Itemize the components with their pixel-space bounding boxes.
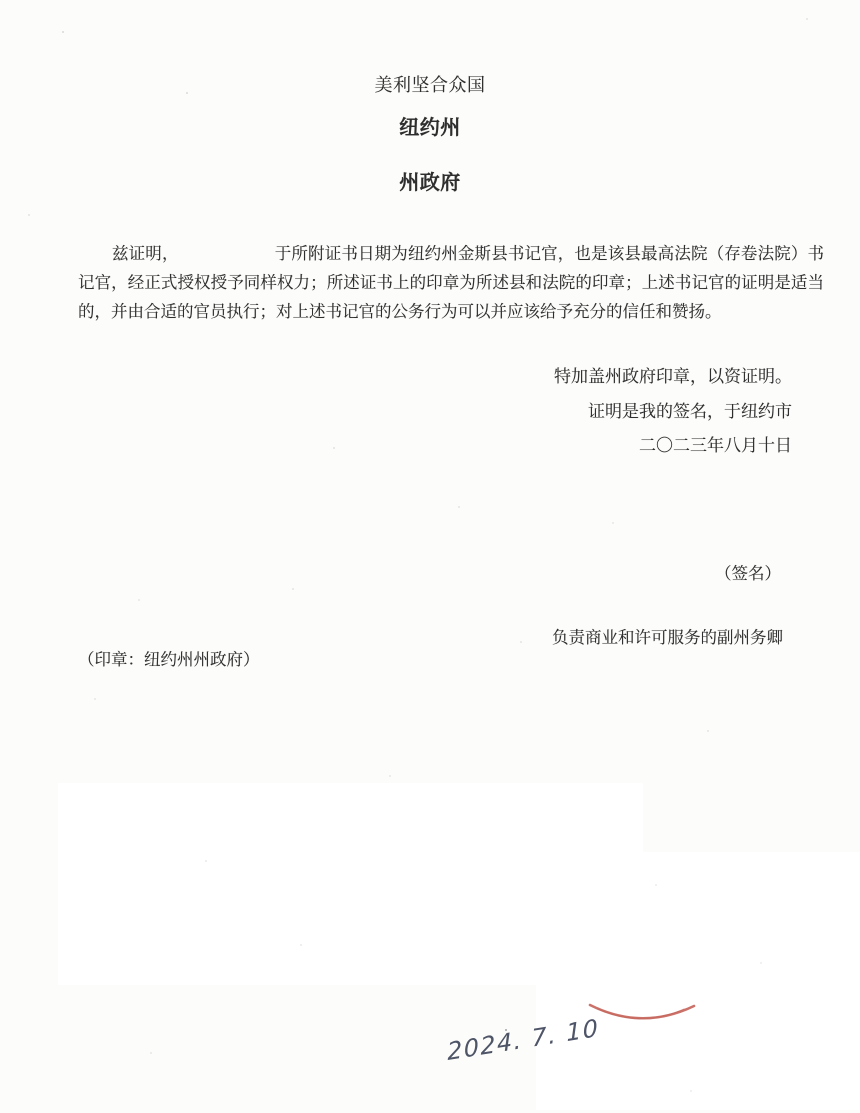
attestation-block: 特加盖州政府印章，以资证明。 证明是我的签名，于纽约市 二〇二三年八月十日 bbox=[554, 360, 792, 464]
document-title-country: 美利坚合众国 bbox=[0, 71, 860, 97]
signature-placeholder-label: （签名） bbox=[715, 560, 781, 584]
document-title-government: 州政府 bbox=[0, 166, 860, 195]
scanned-document-page: 美利坚合众国 纽约州 州政府 兹证明，于所附证书日期为纽约州金斯县书记官，也是该… bbox=[0, 0, 860, 1113]
certify-text: 于所附证书日期为纽约州金斯县书记官，也是该县最高法院（存卷法院）书记官，经正式授… bbox=[78, 244, 824, 321]
red-stamp-arc bbox=[586, 996, 698, 1032]
whiteout-patch bbox=[536, 852, 860, 1110]
attestation-line-seal: 特加盖州政府印章，以资证明。 bbox=[554, 360, 792, 395]
redacted-name-blank bbox=[179, 258, 275, 259]
attestation-line-signature: 证明是我的签名，于纽约市 bbox=[554, 395, 792, 430]
seal-note: （印章：纽约州州政府） bbox=[78, 646, 260, 670]
certification-paragraph: 兹证明，于所附证书日期为纽约州金斯县书记官，也是该县最高法院（存卷法院）书记官，… bbox=[78, 240, 824, 326]
signer-title: 负责商业和许可服务的副州务卿 bbox=[552, 624, 783, 648]
document-title-state: 纽约州 bbox=[0, 111, 860, 140]
certify-intro: 兹证明， bbox=[112, 244, 179, 263]
scan-noise-speckles bbox=[0, 0, 2, 2]
attestation-line-date: 二〇二三年八月十日 bbox=[554, 429, 792, 464]
